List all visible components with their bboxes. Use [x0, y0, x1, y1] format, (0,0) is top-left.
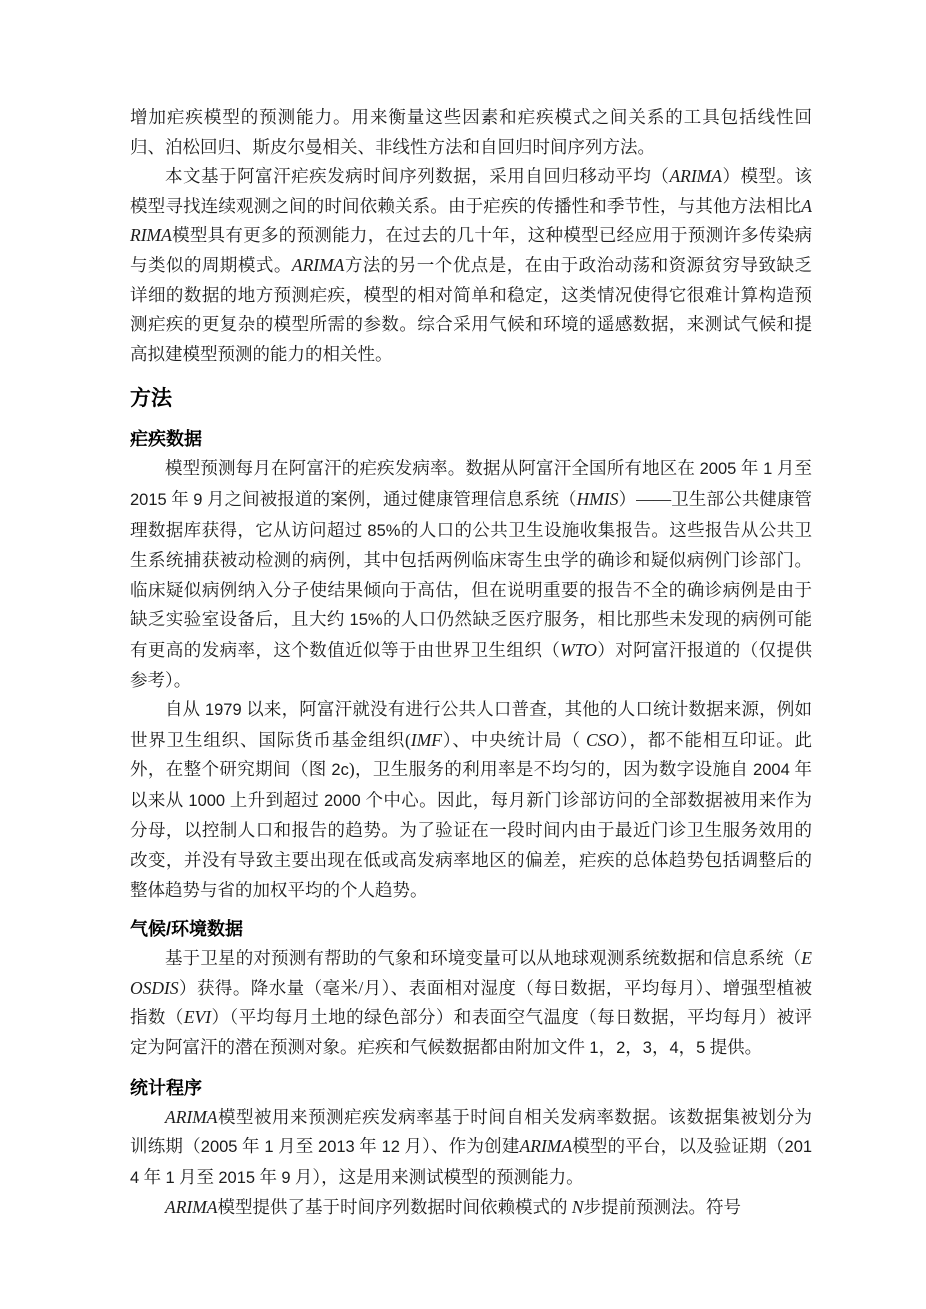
latin-term: WTO	[560, 640, 597, 660]
numeric-text: 12	[382, 1138, 400, 1156]
numeric-text: 2000	[324, 792, 361, 810]
numeric-text: 5	[696, 1039, 705, 1057]
text-run: ，	[679, 1037, 697, 1057]
text-run: 月之间被报道的案例，通过健康管理信息系统（	[202, 489, 576, 509]
numeric-text: 15%	[350, 611, 383, 629]
text-run: 疟疾数据	[130, 429, 202, 449]
text-run: 月至	[274, 1136, 319, 1156]
text-run: 年	[355, 1136, 382, 1156]
latin-term: ARIMA	[165, 1197, 217, 1217]
latin-term: ARIMA	[669, 166, 721, 186]
text-run: 年	[255, 1167, 281, 1187]
text-run: 月），这是用来测试模型的预测能力。	[291, 1167, 584, 1187]
text-run: 增加疟疾模型的预测能力。用来衡量这些因素和疟疾模式之间关系的工具包括线性回归、泊…	[130, 107, 812, 157]
paragraph: ARIMA模型被用来预测疟疾发病率基于时间自相关发病率数据。该数据集被划分为训练…	[130, 1103, 812, 1194]
text-run: 自从	[165, 699, 205, 719]
text-run: 年	[167, 489, 194, 509]
numeric-text: 1	[165, 1169, 174, 1187]
text-run: 气候/环境数据	[130, 919, 243, 939]
text-run: 年	[736, 458, 763, 478]
numeric-text: 1979	[205, 701, 242, 719]
latin-term: HMIS	[577, 489, 619, 509]
section-heading: 方法	[130, 383, 812, 415]
text-run: 月至	[772, 458, 812, 478]
paragraph: ARIMA模型提供了基于时间序列数据时间依赖模式的 N步提前预测法。符号	[130, 1193, 812, 1223]
section-heading: 疟疾数据	[130, 424, 812, 454]
numeric-text: 1	[589, 1039, 598, 1057]
text-run: 月）、作为创建	[400, 1136, 520, 1156]
text-run: ，	[652, 1037, 670, 1057]
text-run: 模型的平台，以及验证期（	[572, 1136, 784, 1156]
text-run: 方法	[130, 387, 172, 410]
text-run: ，	[599, 1037, 617, 1057]
text-run: 月至	[175, 1167, 219, 1187]
latin-term: EVI	[184, 1007, 211, 1027]
text-run: 模型预测每月在阿富汗的疟疾发病率。数据从阿富汗全国所有地区在	[165, 458, 700, 478]
section-heading: 统计程序	[130, 1073, 812, 1103]
text-run: 本文基于阿富汗疟疾发病时间序列数据，采用自回归移动平均（	[165, 166, 669, 186]
text-run: 步提前预测法。符号	[584, 1197, 742, 1217]
document-body: 增加疟疾模型的预测能力。用来衡量这些因素和疟疾模式之间关系的工具包括线性回归、泊…	[130, 103, 812, 1223]
numeric-text: 2005	[700, 460, 737, 478]
document-page: 增加疟疾模型的预测能力。用来衡量这些因素和疟疾模式之间关系的工具包括线性回归、泊…	[0, 0, 926, 1309]
numeric-text: 2015	[130, 491, 167, 509]
paragraph: 增加疟疾模型的预测能力。用来衡量这些因素和疟疾模式之间关系的工具包括线性回归、泊…	[130, 103, 812, 162]
latin-term: CSO	[586, 730, 619, 750]
text-run: ）、中央统计局（	[442, 730, 586, 750]
numeric-text: 2c	[331, 761, 348, 779]
numeric-text: 2015	[218, 1169, 255, 1187]
text-run: 统计程序	[130, 1078, 202, 1098]
latin-term: ARIMA	[165, 1107, 217, 1127]
numeric-text: 9	[281, 1169, 290, 1187]
numeric-text: 1	[264, 1138, 273, 1156]
numeric-text: 1	[763, 460, 772, 478]
text-run: 上升到超过	[225, 790, 324, 810]
text-run: 年	[139, 1167, 165, 1187]
latin-term: IMF	[411, 730, 442, 750]
latin-term: N	[572, 1197, 584, 1217]
paragraph: 基于卫星的对预测有帮助的气象和环境变量可以从地球观测系统数据和信息系统（EOSD…	[130, 944, 812, 1063]
latin-term: ARIMA	[292, 255, 344, 275]
numeric-text: 85%	[367, 522, 400, 540]
numeric-text: 2	[616, 1039, 625, 1057]
numeric-text: 4	[669, 1039, 678, 1057]
paragraph: 本文基于阿富汗疟疾发病时间序列数据，采用自回归移动平均（ARIMA）模型。该模型…	[130, 162, 812, 369]
numeric-text: 2005	[201, 1138, 238, 1156]
section-heading: 气候/环境数据	[130, 914, 812, 944]
numeric-text: 2013	[318, 1138, 355, 1156]
text-run: 提供。	[705, 1037, 762, 1057]
paragraph: 自从 1979 以来，阿富汗就没有进行公共人口普查，其他的人口统计数据来源，例如…	[130, 695, 812, 905]
text-run: 基于卫星的对预测有帮助的气象和环境变量可以从地球观测系统数据和信息系统（	[165, 948, 801, 968]
numeric-text: 2004	[753, 761, 790, 779]
text-run: 模型提供了基于时间序列数据时间依赖模式的	[217, 1197, 571, 1217]
text-run: )，卫生服务的利用率是不均匀的，因为数字设施自	[349, 759, 753, 779]
numeric-text: 3	[643, 1039, 652, 1057]
text-run: 年	[237, 1136, 264, 1156]
numeric-text: 1000	[188, 792, 225, 810]
text-run: ，	[625, 1037, 643, 1057]
latin-term: ARIMA	[520, 1136, 572, 1156]
paragraph: 模型预测每月在阿富汗的疟疾发病率。数据从阿富汗全国所有地区在 2005 年 1 …	[130, 454, 812, 695]
